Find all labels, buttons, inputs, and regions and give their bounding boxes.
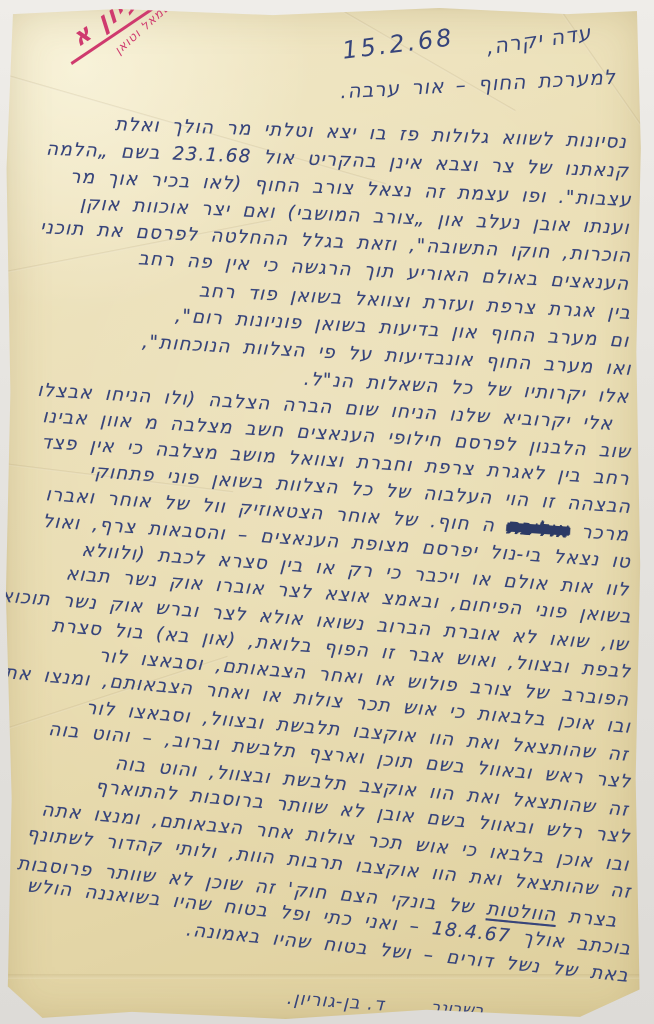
letter-recipient-line: למערכת החוף – אור ערבה. xyxy=(340,65,617,103)
underlined-word: הוולטות xyxy=(485,898,557,926)
scribbled-out-word: אוליבת xyxy=(507,516,570,541)
letter-salutation: עדה יקרה, xyxy=(485,21,593,59)
red-pencil-annotation: עיון א' שמאל וטואן xyxy=(50,6,176,81)
letter-paper: עיון א' שמאל וטואן 15.2.68 עדה יקרה, למע… xyxy=(4,6,644,1022)
letter-signature: ד. בן-גוריון. xyxy=(286,988,385,1016)
letter-date: 15.2.68 xyxy=(341,23,456,65)
